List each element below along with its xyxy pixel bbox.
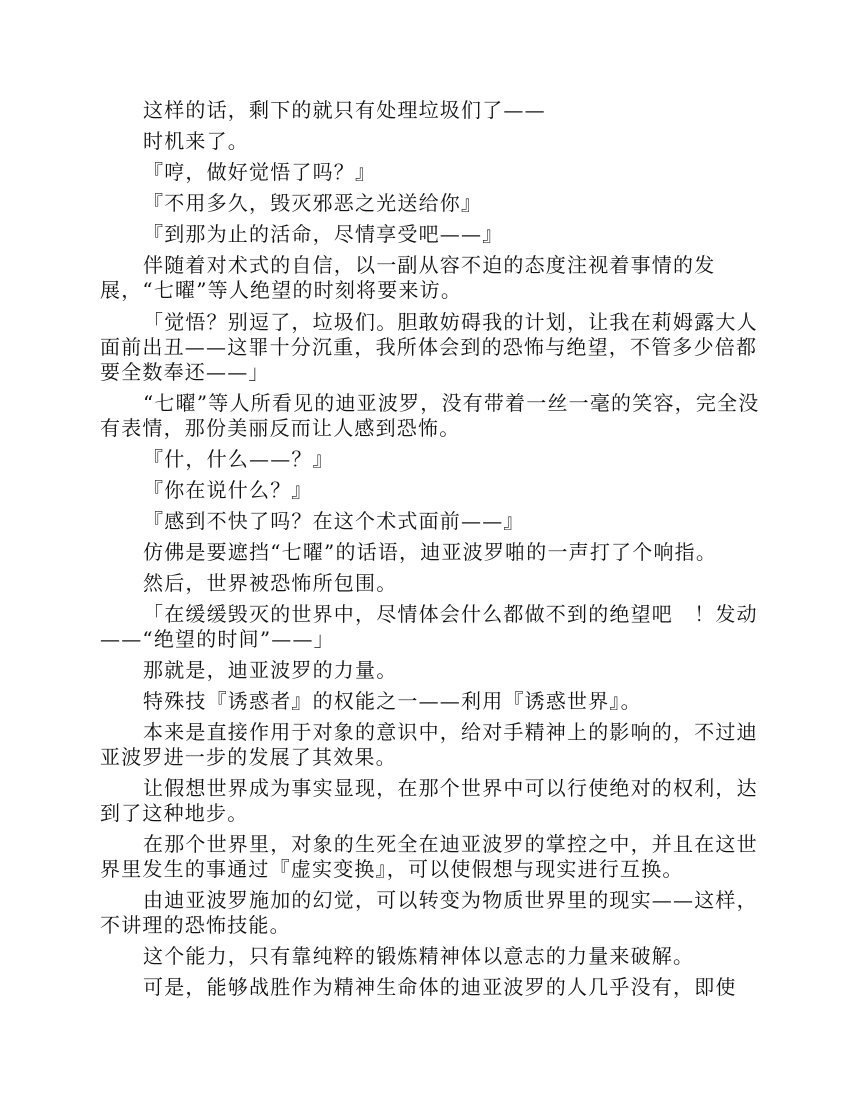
text-line: 可是，能够战胜作为精神生命体的迪亚波罗的人几乎没有，即使 (143, 975, 803, 1000)
text-line: 特殊技『诱惑者』的权能之一——利用『诱惑世界』。 (143, 689, 803, 714)
text-line: 时机来了。 (143, 129, 803, 154)
text-line: 要全数奉还——」 (100, 360, 760, 385)
text-line: 伴随着对术式的自信，以一副从容不迫的态度注视着事情的发 (143, 253, 803, 278)
text-line: 然后，世界被恐怖所包围。 (143, 571, 803, 596)
text-line: 面前出丑——这罪十分沉重，我所体会到的恐怖与绝望，不管多少倍都 (100, 335, 760, 360)
text-line: 那就是，迪亚波罗的力量。 (143, 658, 803, 683)
text-line: 界里发生的事通过『虚实变换』，可以使假想与现实进行互换。 (100, 857, 760, 882)
text-line: 这样的话，剩下的就只有处理垃圾们了—— (143, 98, 803, 123)
text-line: 「在缓缓毁灭的世界中，尽情体会什么都做不到的绝望吧 ！发动 (143, 602, 803, 627)
text-line: 有表情，那份美丽反而让人感到恐怖。 (100, 416, 760, 441)
text-line: 本来是直接作用于对象的意识中，给对手精神上的影响的，不过迪 (143, 720, 803, 745)
text-line: 『什，什么——？』 (143, 447, 803, 472)
text-line: 『哼，做好觉悟了吗？』 (143, 160, 803, 185)
text-line: 到了这种地步。 (100, 801, 760, 826)
text-line: 亚波罗进一步的发展了其效果。 (100, 745, 760, 770)
text-line: 让假想世界成为事实显现，在那个世界中可以行使绝对的权利，达 (143, 776, 803, 801)
text-line: 这个能力，只有靠纯粹的锻炼精神体以意志的力量来破解。 (143, 944, 803, 969)
text-line: 不讲理的恐怖技能。 (100, 913, 760, 938)
document-page: 这样的话，剩下的就只有处理垃圾们了—— 时机来了。 『哼，做好觉悟了吗？』 『不… (0, 0, 850, 1100)
text-line: 「觉悟？别逗了，垃圾们。胆敢妨碍我的计划，让我在莉姆露大人 (143, 310, 803, 335)
text-line: 『你在说什么？』 (143, 478, 803, 503)
text-line: 在那个世界里，对象的生死全在迪亚波罗的掌控之中，并且在这世 (143, 832, 803, 857)
text-line: “七曜”等人所看见的迪亚波罗，没有带着一丝一毫的笑容，完全没 (143, 391, 803, 416)
text-line: 『感到不快了吗？在这个术式面前——』 (143, 509, 803, 534)
text-line: ——“绝望的时间”——」 (100, 627, 760, 652)
text-line: 展，“七曜”等人绝望的时刻将要来访。 (100, 278, 760, 303)
text-line: 『到那为止的活命，尽情享受吧——』 (143, 222, 803, 247)
text-line: 由迪亚波罗施加的幻觉，可以转变为物质世界里的现实——这样， (143, 888, 803, 913)
text-line: 仿佛是要遮挡“七曜”的话语，迪亚波罗啪的一声打了个响指。 (143, 540, 803, 565)
text-line: 『不用多久，毁灭邪恶之光送给你』 (143, 191, 803, 216)
